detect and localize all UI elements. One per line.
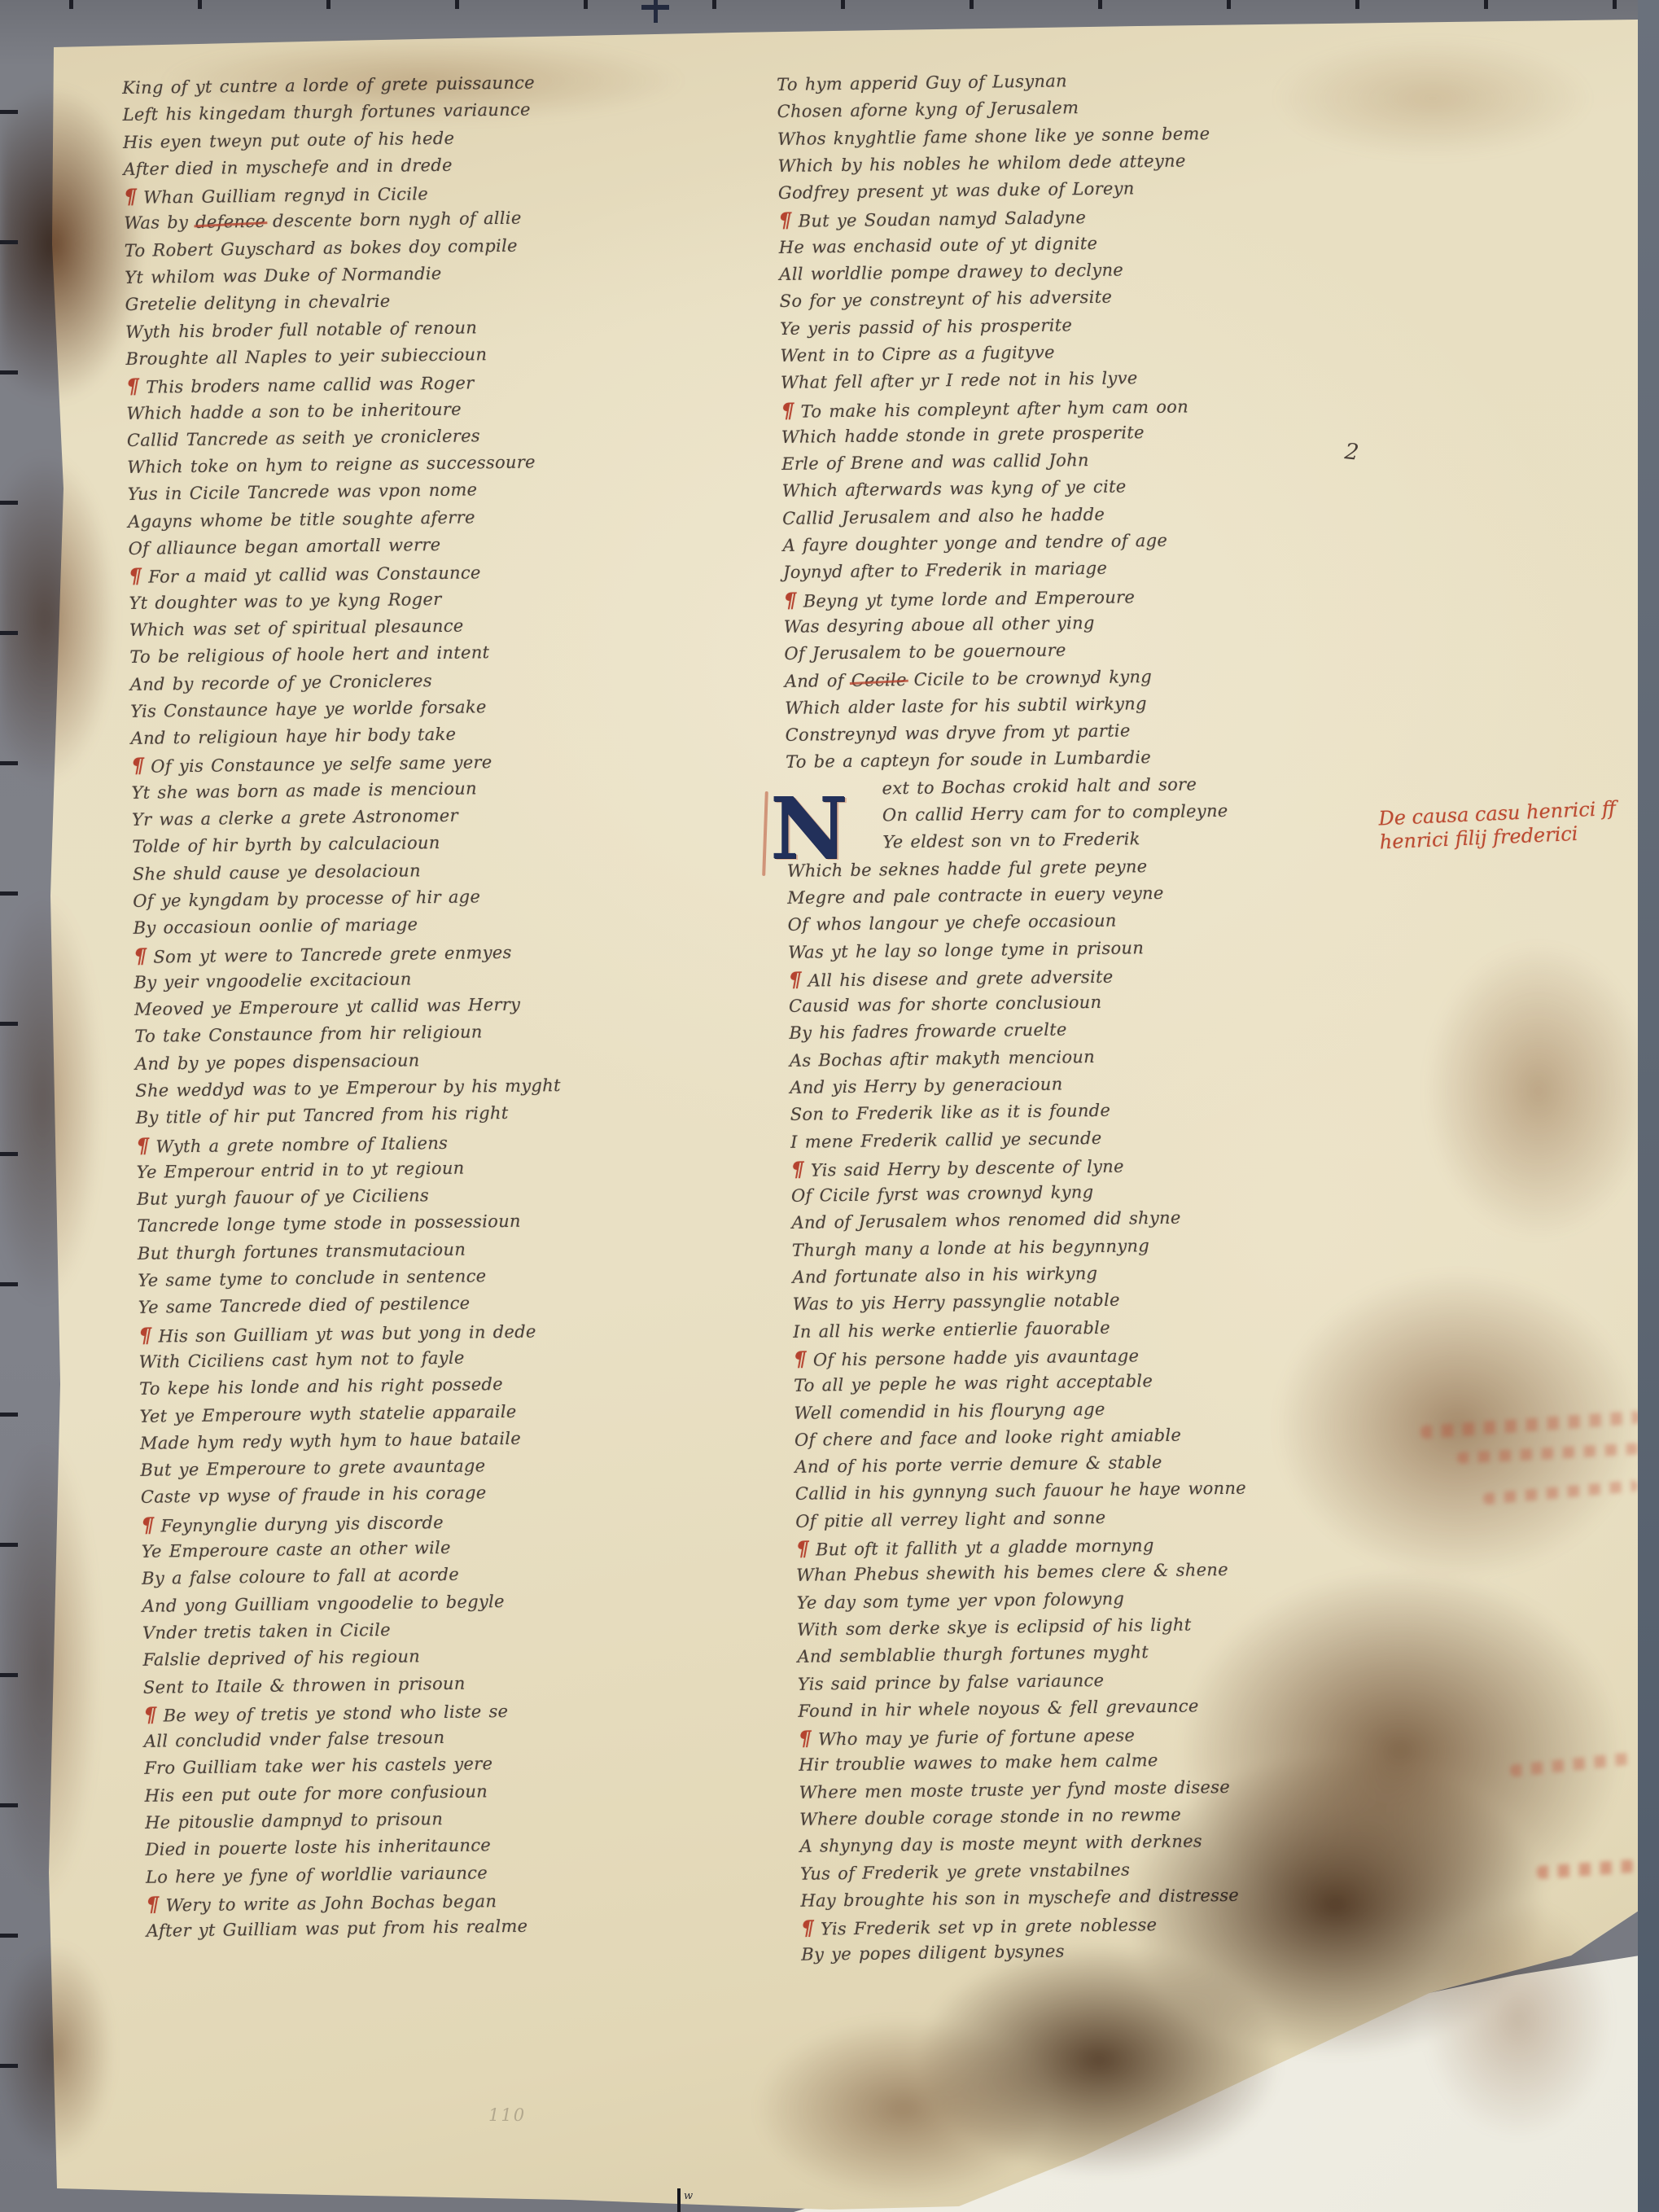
ruler-tick (841, 0, 845, 9)
quire-signature-letter: w (684, 2190, 693, 2202)
margin-flourish-mark: 2 (1343, 439, 1359, 466)
board-right-edge (1638, 0, 1659, 2212)
ruler-tick (0, 1413, 18, 1417)
ruler-tick (455, 0, 459, 9)
pilcrow-mark: ¶ (788, 967, 802, 991)
ruler-tick (0, 110, 18, 114)
pilcrow-mark: ¶ (790, 1158, 804, 1181)
ruler-tick (0, 1022, 18, 1026)
manuscript-photo-canvas: King of yt cuntre a lorde of grete puiss… (0, 0, 1659, 2212)
ruler-tick (0, 891, 18, 896)
pilcrow-mark: ¶ (124, 185, 138, 208)
red-struck-word: Cecile (851, 670, 907, 690)
ruler-tick (0, 631, 18, 635)
ruler-tick (0, 761, 18, 765)
ruler-tick (0, 1152, 18, 1156)
pilcrow-mark: ¶ (796, 1537, 810, 1561)
pilcrow-mark: ¶ (134, 944, 147, 967)
ruler-tick (1613, 0, 1617, 9)
arrow-stem (654, 0, 658, 23)
ruler-tick (326, 0, 330, 9)
pilcrow-mark: ¶ (126, 375, 140, 398)
ruler-tick (0, 1673, 18, 1677)
pilcrow-mark: ¶ (801, 1916, 815, 1940)
ruler-tick (0, 1934, 18, 1938)
pilcrow-mark: ¶ (141, 1513, 155, 1536)
pilcrow-mark: ¶ (131, 754, 145, 777)
ruler-tick (0, 1803, 18, 1807)
registration-arrow-marker (641, 0, 669, 24)
ruler-tick (69, 0, 73, 9)
red-struck-word: defence (195, 212, 265, 232)
pilcrow-mark: ¶ (799, 1727, 812, 1750)
arrow-bar (641, 5, 669, 10)
pilcrow-mark: ¶ (781, 398, 794, 422)
pilcrow-mark: ¶ (783, 588, 797, 611)
pilcrow-mark: ¶ (778, 208, 792, 232)
ruler-tick (0, 501, 18, 505)
pilcrow-mark: ¶ (138, 1323, 152, 1347)
quire-signature-mark: w (672, 2188, 705, 2212)
ruler-tick (0, 2064, 18, 2068)
ruler-tick (970, 0, 974, 9)
bottom-tick (677, 2188, 681, 2212)
ruler-tick (0, 1543, 18, 1547)
ruler-tick (198, 0, 202, 9)
pilcrow-mark: ¶ (146, 1892, 160, 1916)
ruler-tick (1098, 0, 1102, 9)
initial-letter: N (770, 786, 866, 871)
pilcrow-mark: ¶ (136, 1133, 150, 1157)
pencil-folio-number: 110 (488, 2105, 526, 2125)
pilcrow-mark: ¶ (129, 564, 142, 588)
ruler-tick (0, 370, 18, 375)
text-column-left: King of yt cuntre a lorde of grete puiss… (122, 67, 765, 1945)
ruler-tick (712, 0, 716, 9)
ruler-tick (1484, 0, 1488, 9)
decorated-initial: N (770, 786, 866, 883)
ruler-tick (0, 1282, 18, 1286)
ruler-tick (1355, 0, 1359, 9)
text-column-right: To hym apperid Guy of LusynanChosen afor… (777, 64, 1436, 1969)
pilcrow-mark: ¶ (794, 1347, 808, 1371)
ruler-tick (584, 0, 588, 9)
pilcrow-mark: ¶ (143, 1702, 157, 1726)
ruler-tick (1227, 0, 1231, 9)
ruler-tick (0, 240, 18, 244)
